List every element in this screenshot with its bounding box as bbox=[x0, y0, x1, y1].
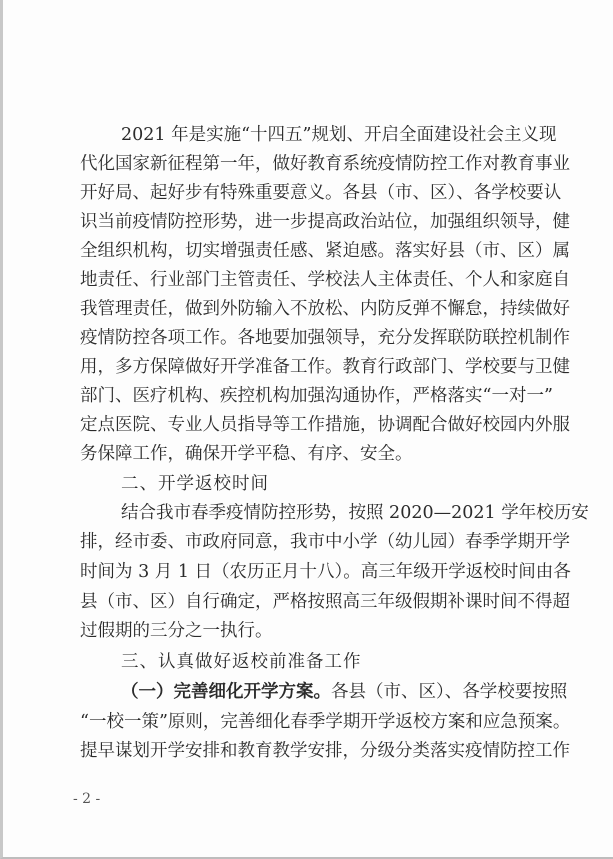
paragraph-line: 提早谋划开学安排和教育教学安排，分级分类落实疫情防控工作 bbox=[80, 737, 540, 766]
paragraph-line: 务保障工作，确保开学平稳、有序、安全。 bbox=[80, 440, 540, 469]
paragraph-line: 2021 年是实施“十四五”规划、开启全面建设社会主义现 bbox=[121, 121, 540, 150]
paragraph-line: 部门、医疗机构、疾控机构加强沟通协作，严格落实“一对一” bbox=[80, 382, 540, 411]
paragraph-line: 时间为 3 月 1 日（农历正月十八）。高三年级开学返校时间由各 bbox=[80, 558, 540, 587]
paragraph-line: 地责任、行业部门主管责任、学校法人主体责任、个人和家庭自 bbox=[80, 266, 540, 295]
paragraph-line: 用，多方保障做好开学准备工作。教育行政部门、学校要与卫健 bbox=[80, 353, 540, 382]
paragraph-line: 结合我市春季疫情防控形势，按照 2020—2021 学年校历安 bbox=[121, 499, 540, 528]
subsection-text: 各县（市、区）、各学校要按照 bbox=[331, 678, 567, 707]
paragraph-line: 排，经市委、市政府同意，我市中小学（幼儿园）春季学期开学 bbox=[80, 528, 540, 557]
paragraph-line: 县（市、区）自行确定，严格按照高三年级假期补课时间不得超 bbox=[80, 588, 540, 617]
paragraph-line: 全组织机构，切实增强责任感、紧迫感。落实好县（市、区）属 bbox=[80, 237, 540, 266]
subsection-line: （一）完善细化开学方案。 各县（市、区）、各学校要按照 bbox=[121, 678, 540, 707]
document-page: 2021 年是实施“十四五”规划、开启全面建设社会主义现 代化国家新征程第一年，… bbox=[0, 0, 613, 859]
subsection-title: （一）完善细化开学方案。 bbox=[121, 678, 331, 707]
paragraph-line: 疫情防控各项工作。各地要加强领导，充分发挥联防联控机制作 bbox=[80, 324, 540, 353]
paragraph-line: 开好局、起好步有特殊重要意义。各县（市、区）、各学校要认 bbox=[80, 179, 540, 208]
section-heading: 三、认真做好返校前准备工作 bbox=[121, 648, 540, 677]
paragraph-line: 定点医院、专业人员指导等工作措施，协调配合做好校园内外服 bbox=[80, 411, 540, 440]
paragraph-line: 代化国家新征程第一年，做好教育系统疫情防控工作对教育事业 bbox=[80, 150, 540, 179]
section-heading: 二、开学返校时间 bbox=[121, 470, 540, 499]
page-number: - 2 - bbox=[73, 791, 100, 807]
paragraph-line: 识当前疫情防控形势，进一步提高政治站位，加强组织领导，健 bbox=[80, 208, 540, 237]
paragraph-line: 过假期的三分之一执行。 bbox=[80, 617, 540, 646]
paragraph-line: 我管理责任，做到外防输入不放松、内防反弹不懈怠，持续做好 bbox=[80, 295, 540, 324]
paragraph-line: “一校一策”原则，完善细化春季学期开学返校方案和应急预案。 bbox=[80, 708, 540, 737]
